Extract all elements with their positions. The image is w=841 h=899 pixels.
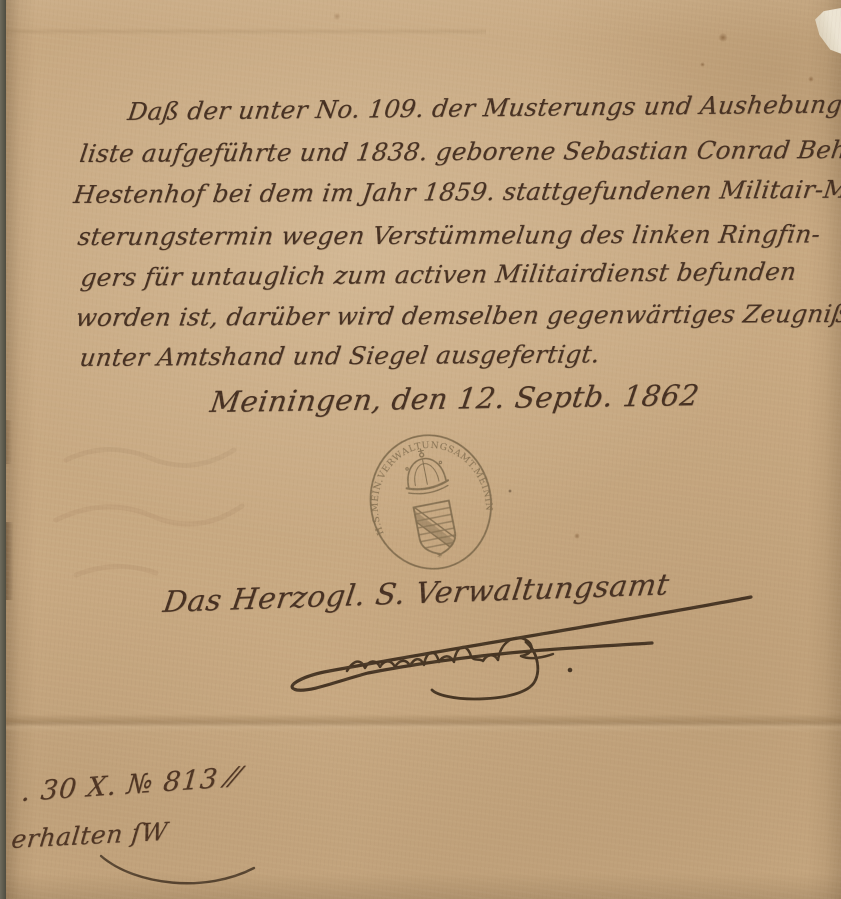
dateline: Meiningen, den 12. Septb. 1862 <box>208 378 702 419</box>
body-line: worden ist, darüber wird demselben gegen… <box>74 299 841 332</box>
receipt-note: erhalten ſW <box>10 817 169 854</box>
foxing-spot <box>333 13 341 20</box>
body-line: sterungstermin wegen Verstümmelung des l… <box>76 219 822 251</box>
signature-descender <box>432 642 538 699</box>
body-line: liste aufgeführte und 1838. geborene Seb… <box>78 135 841 168</box>
signature-scrawl <box>347 638 553 671</box>
fee-note: . 30 X. № 813 ⁄⁄ <box>20 762 240 808</box>
paper-sheet: Daß der unter No. 109. der Musterungs un… <box>6 0 841 899</box>
edge-smudge <box>6 522 15 600</box>
edge-smudge <box>6 420 13 464</box>
foxing-spot <box>574 533 580 539</box>
body-line: Daß der unter No. 109. der Musterungs un… <box>126 89 841 126</box>
ink-speck <box>508 489 512 493</box>
scanned-document: Daß der unter No. 109. der Musterungs un… <box>0 0 841 899</box>
torn-corner <box>805 8 841 60</box>
body-line: Hestenhof bei dem im Jahr 1859. stattgef… <box>72 174 841 209</box>
body-line: unter Amtshand und Siegel ausgefertigt. <box>78 339 602 372</box>
foxing-spot <box>700 62 705 67</box>
signature-period-dot <box>568 668 573 673</box>
fold-crease-top <box>6 28 486 35</box>
official-seal-stamp: H.S.MEIN.VERWALTUNGSAMT.MEININGEN * <box>342 411 519 595</box>
note-tail-flourish <box>101 856 254 883</box>
seal-shield-icon <box>404 497 462 559</box>
fold-crease <box>6 714 841 732</box>
foxing-spot <box>718 33 728 42</box>
foxing-spot <box>808 76 814 82</box>
body-line: gers für untauglich zum activen Militair… <box>79 257 798 292</box>
